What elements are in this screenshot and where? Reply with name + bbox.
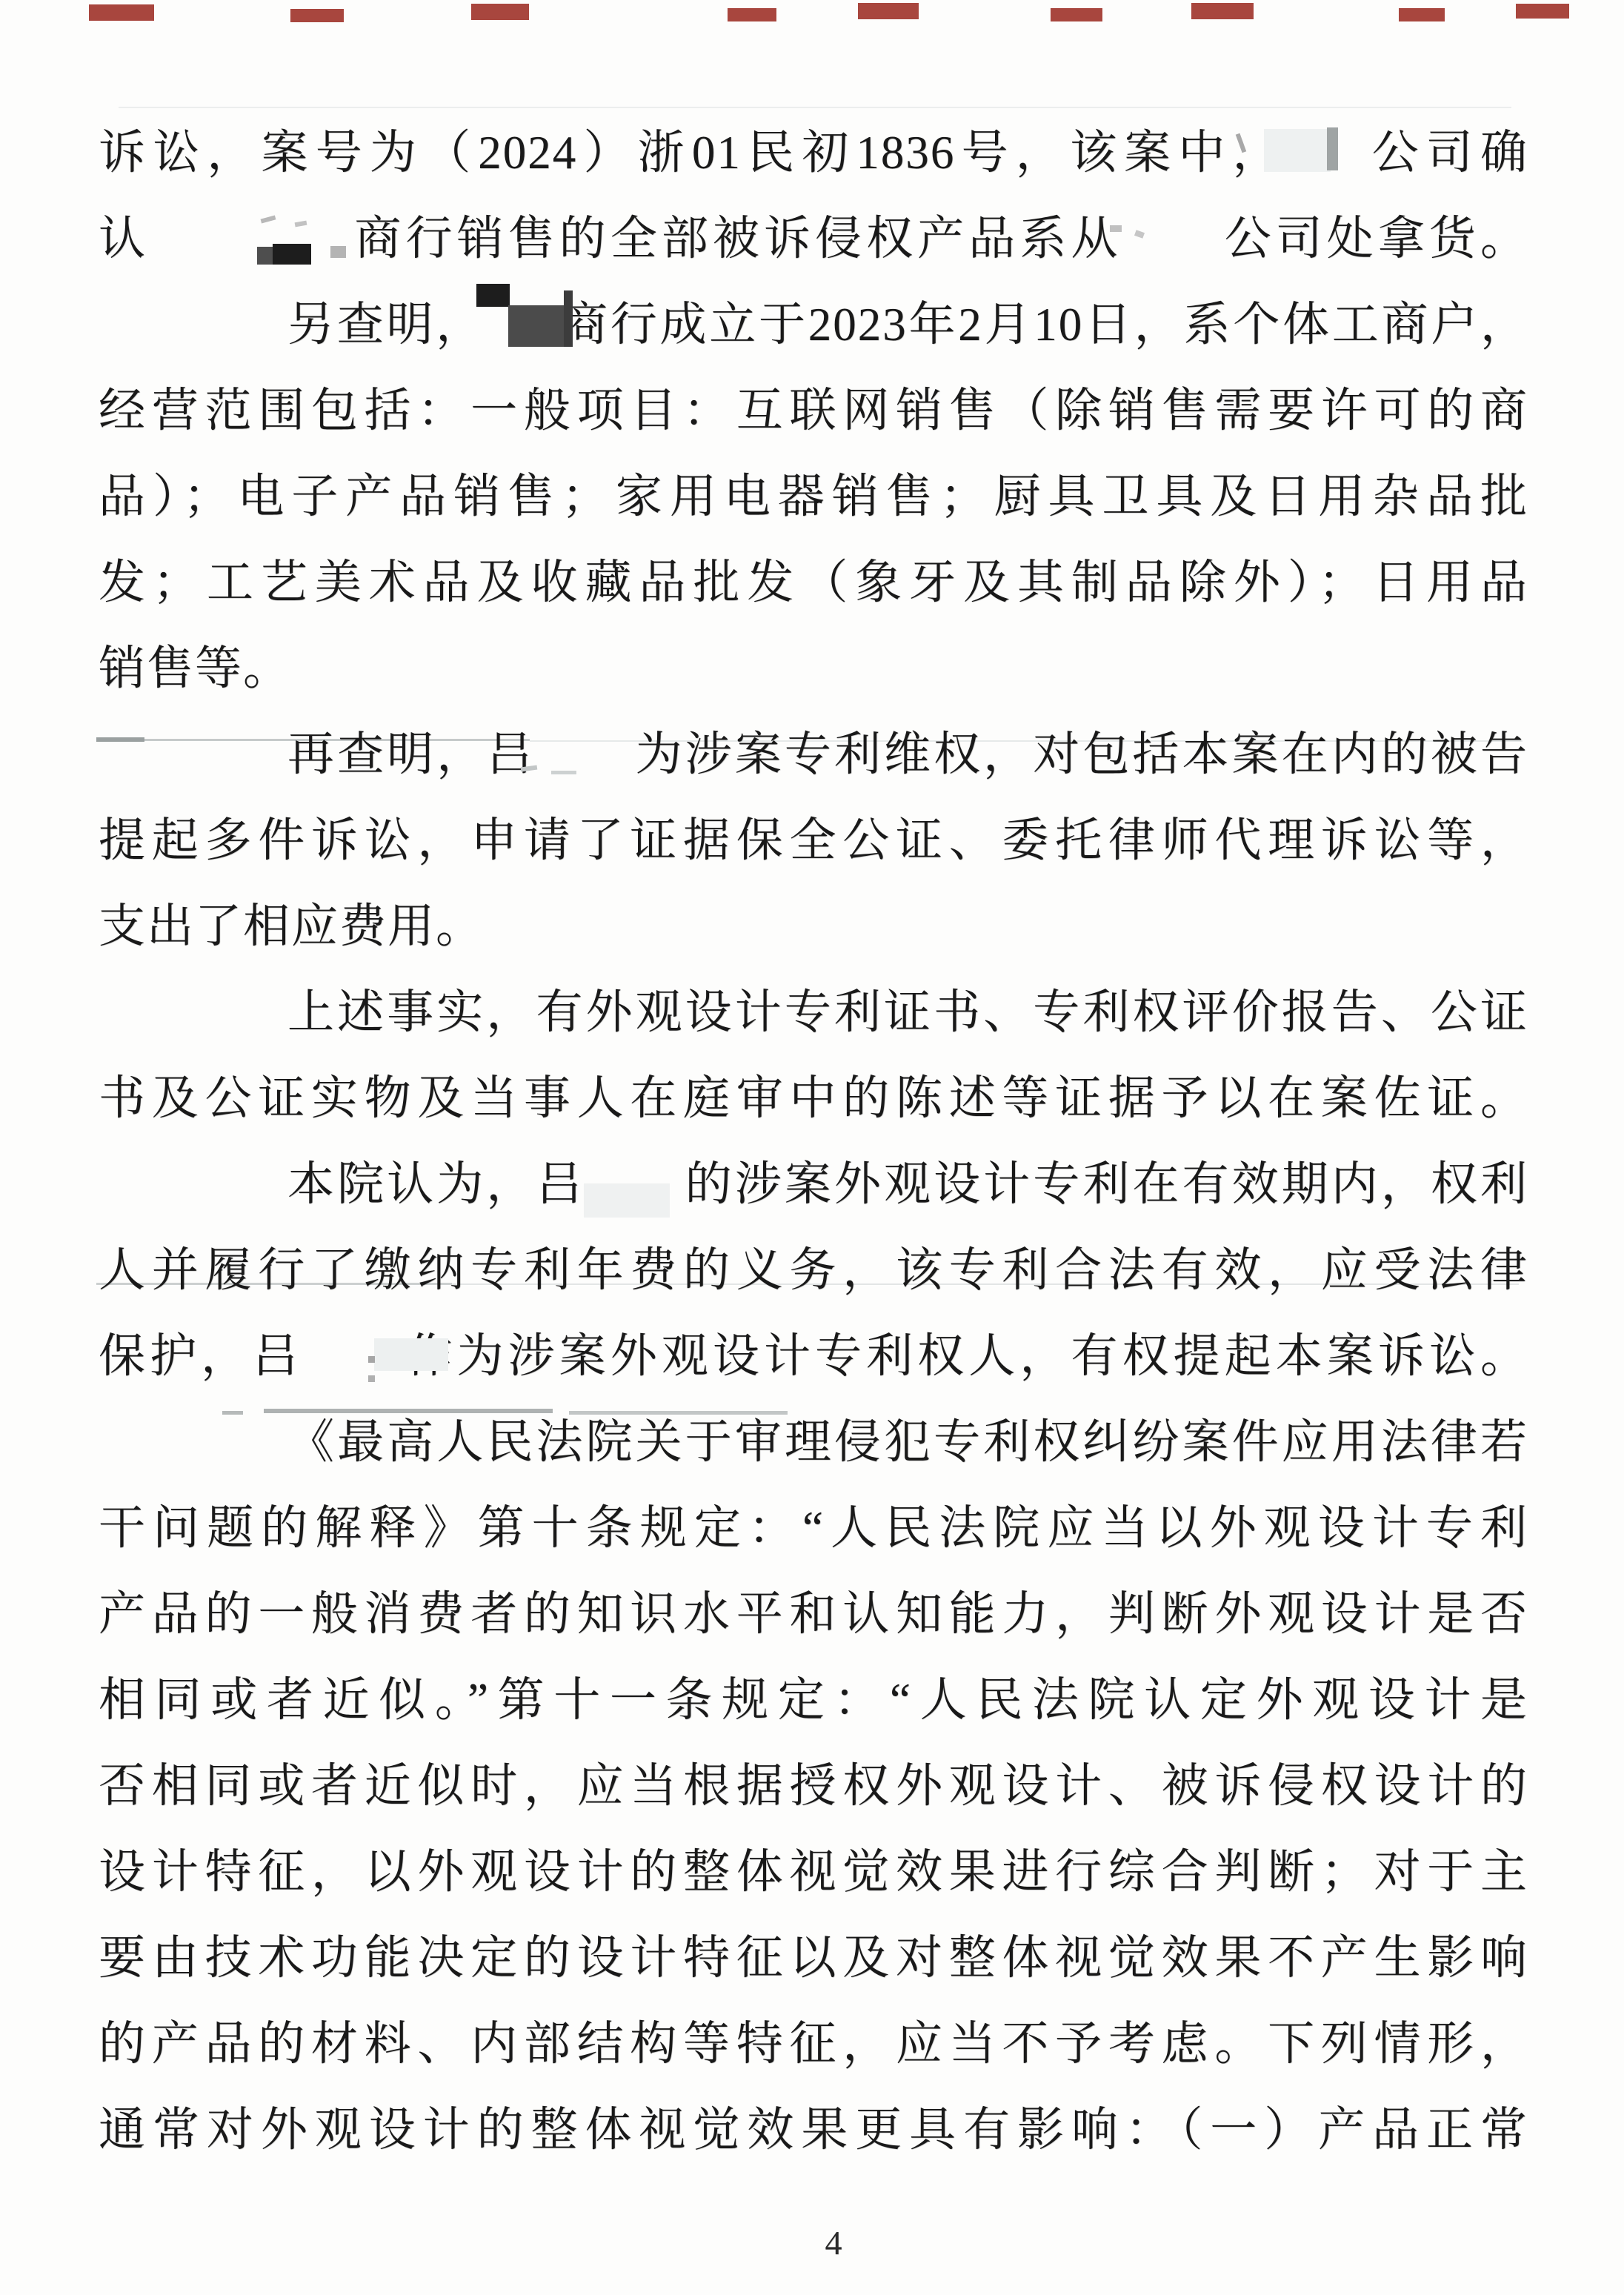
text-line: 否相同或者近似时，应当根据授权外观设计、被诉侵权设计的: [99, 1756, 1528, 1820]
text-line: 相同或者近似。”第十一条规定：“人民法院认定外观设计是: [99, 1670, 1528, 1734]
redaction-box: [1264, 129, 1331, 172]
text-block: 诉讼，案号为（2024）浙01民初1836号，该案中， 公司确认 商行销售的全部…: [0, 0, 1624, 2295]
text-line: 上述事实，有外观设计专利证书、专利权评价报告、公证: [99, 983, 1528, 1046]
ghost-mark: [551, 771, 576, 774]
text-line: 品）；电子产品销售；家用电器销售；厨具卫具及日用杂品批: [99, 467, 1528, 531]
ghost-mark: [368, 1356, 375, 1363]
redaction-box: [564, 290, 573, 347]
redaction-box: [330, 246, 346, 258]
text-line: 设计特征，以外观设计的整体视觉效果进行综合判断；对于主: [99, 1842, 1528, 1906]
redaction-box: [508, 305, 568, 347]
redaction-box: [257, 247, 274, 265]
document-page: 诉讼，案号为（2024）浙01民初1836号，该案中， 公司确认 商行销售的全部…: [0, 0, 1624, 2295]
text-line: 提起多件诉讼，申请了证据保全公证、委托律师代理诉讼等，: [99, 811, 1528, 874]
ghost-mark: [1110, 225, 1122, 232]
text-line: 的产品的材料、内部结构等特征，应当不予考虑。下列情形，: [99, 2014, 1528, 2078]
text-line: 产品的一般消费者的知识水平和认知能力，判断外观设计是否: [99, 1584, 1528, 1648]
text-line: 保护，吕 作为涉案外观设计专利权人，有权提起本案诉讼。: [99, 1326, 1528, 1390]
text-line: 人并履行了缴纳专利年费的义务，该专利合法有效，应受法律: [99, 1241, 1528, 1304]
redaction-box: [584, 1183, 670, 1218]
text-line: 支出了相应费用。: [99, 897, 1528, 960]
text-line: 另查明， 商行成立于2023年2月10日，系个体工商户，: [99, 295, 1528, 359]
text-line: 通常对外观设计的整体视觉效果更具有影响：（一）产品正常: [99, 2100, 1528, 2164]
text-line: 书及公证实物及当事人在庭审中的陈述等证据予以在案佐证。: [99, 1069, 1528, 1132]
page-number: 4: [808, 2223, 859, 2262]
text-line: 销售等。: [99, 639, 1528, 703]
text-line: 本院认为，吕 的涉案外观设计专利在有效期内，权利: [99, 1155, 1528, 1218]
text-line: 要由技术功能决定的设计特征以及对整体视觉效果不产生影响: [99, 1928, 1528, 1992]
text-line: 干问题的解释》第十条规定：“人民法院应当以外观设计专利: [99, 1498, 1528, 1562]
text-line: 《最高人民法院关于审理侵犯专利权纠纷案件应用法律若: [99, 1412, 1528, 1476]
ghost-mark: [368, 1375, 375, 1382]
text-line: 经营范围包括：一般项目：互联网销售（除销售需要许可的商: [99, 381, 1528, 445]
redaction-box: [273, 244, 311, 265]
redaction-box: [1327, 127, 1338, 170]
redaction-box: [374, 1338, 448, 1371]
text-line: 再查明，吕 为涉案专利维权，对包括本案在内的被告: [99, 725, 1528, 788]
text-line: 认 商行销售的全部被诉侵权产品系从 公司处拿货。: [99, 209, 1528, 273]
redaction-box: [476, 284, 510, 307]
text-line: 发；工艺美术品及收藏品批发（象牙及其制品除外）；日用品: [99, 553, 1528, 617]
